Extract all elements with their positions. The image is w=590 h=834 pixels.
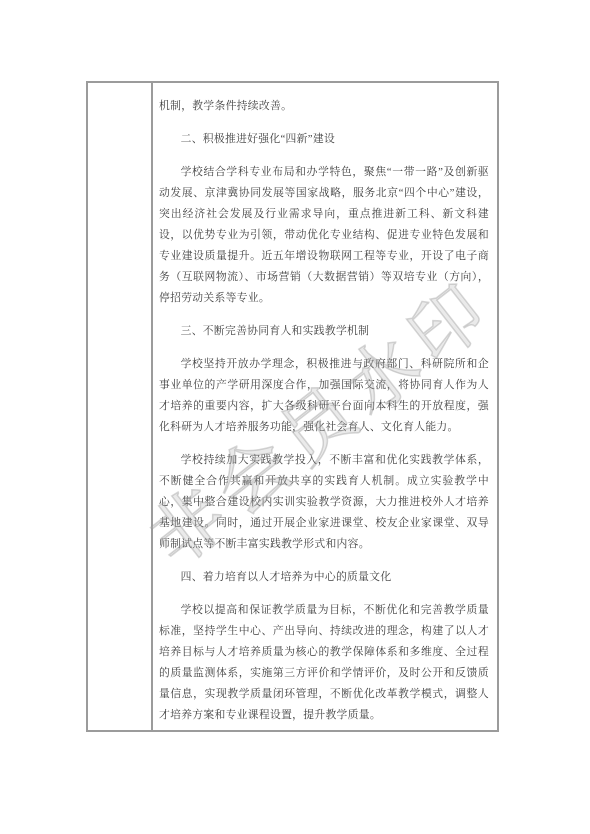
paragraph: 学校坚持开放办学理念，积极推进与政府部门、科研院所和企事业单位的产学研用深度合作… bbox=[159, 354, 489, 438]
paragraph: 学校结合学科专业布局和办学特色，聚焦“一带一路”及创新驱动发展、京津冀协同发展等… bbox=[159, 162, 489, 309]
paragraph-continuation: 机制，教学条件持续改善。 bbox=[159, 96, 489, 117]
document-page: 机制，教学条件持续改善。 二、积极推进好强化“四新”建设 学校结合学科专业布局和… bbox=[0, 0, 590, 834]
document-table: 机制，教学条件持续改善。 二、积极推进好强化“四新”建设 学校结合学科专业布局和… bbox=[86, 81, 499, 732]
section-heading-three: 三、不断完善协同育人和实践教学机制 bbox=[159, 321, 489, 342]
section-heading-four: 四、着力培育以人才培养为中心的质量文化 bbox=[159, 567, 489, 588]
table-content-cell: 机制，教学条件持续改善。 二、积极推进好强化“四新”建设 学校结合学科专业布局和… bbox=[153, 83, 497, 730]
paragraph: 学校以提高和保证教学质量为目标，不断优化和完善教学质量标准，坚持学生中心、产出导… bbox=[159, 600, 489, 726]
section-heading-two: 二、积极推进好强化“四新”建设 bbox=[159, 129, 489, 150]
paragraph: 学校持续加大实践教学投入，不断丰富和优化实践教学体系，不断健全合作共赢和开放共享… bbox=[159, 450, 489, 555]
table-label-column bbox=[88, 83, 153, 730]
